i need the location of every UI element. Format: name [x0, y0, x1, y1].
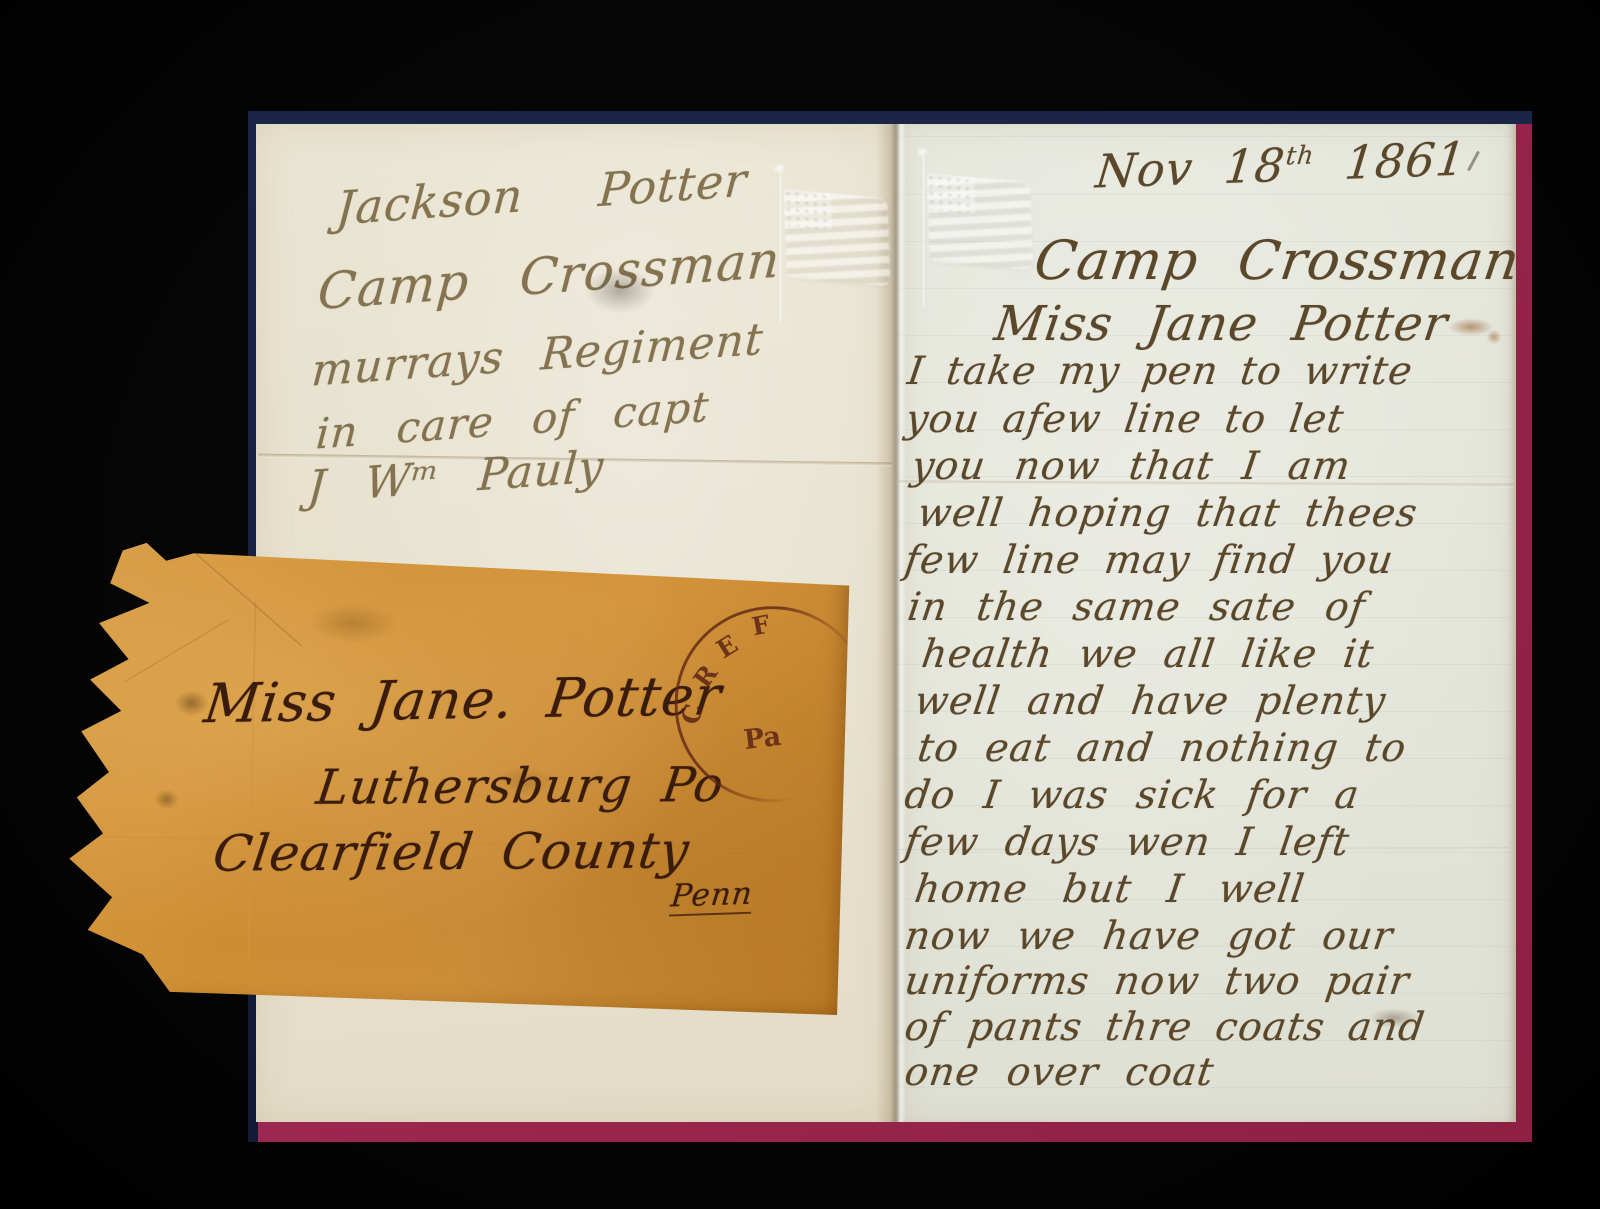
flag-banner [926, 173, 1033, 270]
letter-body-line: to eat and nothing to [915, 729, 1409, 768]
letter-body-line: I take my pen to write [905, 352, 1415, 391]
letter-body-line: few days wen I left [902, 823, 1352, 862]
letter-date-ordinal: th [1284, 140, 1316, 170]
stain [308, 602, 399, 644]
letter-body-line: do I was sick for a [902, 776, 1362, 815]
flag-pole [921, 156, 926, 306]
sender-address-line: in care of capt [315, 386, 711, 456]
letter-body-line: home but I well [912, 870, 1307, 909]
envelope-crease [248, 601, 257, 961]
letter-date-prefix: Nov 18 [1093, 138, 1288, 199]
letter-body-line: uniforms now two pair [902, 962, 1412, 1001]
photo-backdrop: Jackson Potter Camp Crossman murrays Reg… [0, 0, 1600, 1209]
letter-body-line: well and have plenty [912, 682, 1388, 721]
postmark-state: Pa [742, 721, 783, 756]
letter-heading-recipient: Miss Jane Potter [992, 300, 1451, 348]
embossed-flag-emblem-right [905, 152, 1040, 317]
letter-date: Nov 18th 1861 [1094, 135, 1469, 194]
sender-address-block: Jackson Potter Camp Crossman murrays Reg… [299, 149, 881, 527]
sender-address-line: Camp Crossman [316, 234, 782, 317]
letter-date-year: 1861 [1311, 131, 1469, 191]
letter-body-line: few line may find you [902, 541, 1396, 580]
letter-body-line: of pants thre coats and [902, 1008, 1427, 1047]
letter-body-line: one over coat [902, 1053, 1216, 1092]
envelope-address-line-town: Luthersburg Po [314, 761, 727, 812]
letter-body-line: you now that I am [909, 447, 1353, 486]
letter-body-line: you afew line to let [903, 400, 1346, 439]
letter-body-line: well hoping that thees [915, 494, 1420, 533]
stain [154, 789, 178, 809]
envelope-address-line-recipient: Miss Jane. Potter [201, 669, 725, 731]
letter-heading-camp: Camp Crossman [1031, 234, 1523, 288]
envelope-address-line-state: Penn [669, 879, 754, 917]
letter-body-line: health we all like it [919, 635, 1376, 674]
flag-canton [926, 173, 975, 213]
envelope: Miss Jane. Potter Luthersburg Po Clearfi… [51, 537, 852, 1024]
envelope-address-line-county: Clearfield County [210, 825, 692, 878]
letter-body-line: now we have got our [902, 917, 1395, 956]
letter-body-line: in the same sate of [905, 588, 1368, 627]
